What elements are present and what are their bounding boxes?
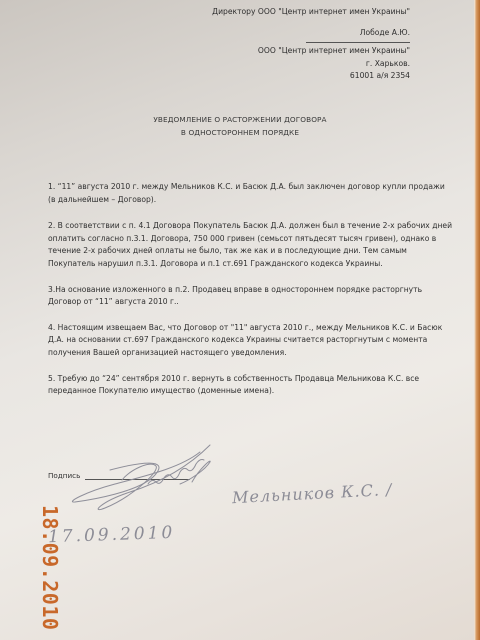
paragraph-4: 4. Настоящим извещаем Вас, что Договор о… bbox=[48, 322, 458, 360]
paragraph-3: 3.На основание изложенного в п.2. Продав… bbox=[48, 284, 458, 309]
addressee-name: Лободе А.Ю. bbox=[212, 27, 410, 40]
title-line-2: В ОДНОСТОРОННЕМ ПОРЯДКЕ bbox=[0, 126, 480, 139]
title-line-1: УВЕДОМЛЕНИЕ О РАСТОРЖЕНИИ ДОГОВОРА bbox=[0, 113, 480, 126]
sender-org: ООО "Центр интернет имен Украины" bbox=[212, 45, 410, 58]
table-edge bbox=[474, 0, 480, 640]
addressee-block: Директору ООО "Центр интернет имен Украи… bbox=[212, 6, 410, 83]
sender-city: г. Харьков. bbox=[212, 58, 410, 71]
paragraph-2: 2. В соответствии с п. 4.1 Договора Поку… bbox=[48, 220, 458, 270]
document-body: 1. “11” августа 2010 г. между Мельников … bbox=[48, 181, 458, 411]
document-title: УВЕДОМЛЕНИЕ О РАСТОРЖЕНИИ ДОГОВОРА В ОДН… bbox=[0, 113, 480, 139]
paragraph-5: 5. Требую до “24” сентября 2010 г. верну… bbox=[48, 373, 458, 398]
handwritten-signature-icon bbox=[60, 440, 230, 520]
paragraph-1: 1. “11” августа 2010 г. между Мельников … bbox=[48, 181, 458, 206]
addressee-line: Директору ООО "Центр интернет имен Украи… bbox=[212, 6, 410, 19]
sender-address: 61001 а/я 2354 bbox=[212, 70, 410, 83]
addressee-rule bbox=[306, 42, 410, 43]
photo-date-stamp: 18.09.2010 bbox=[38, 505, 62, 630]
